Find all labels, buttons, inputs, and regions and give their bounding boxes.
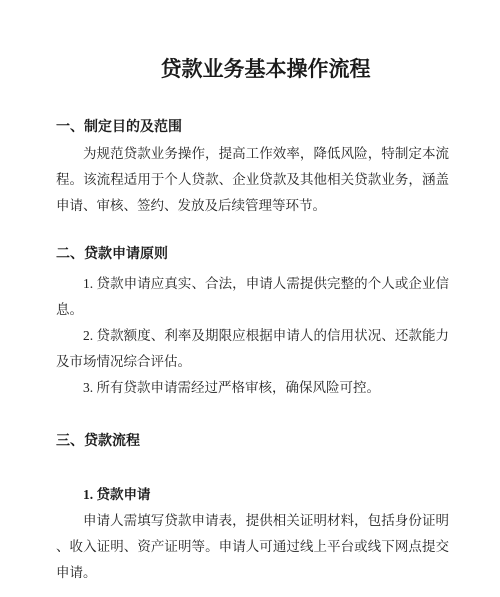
section-heading-loan-process: 三、贷款流程 xyxy=(56,429,449,455)
subsection-heading-loan-application: 1. 贷款申请 xyxy=(56,482,449,508)
section-heading-purpose-scope: 一、制定目的及范围 xyxy=(56,115,449,141)
principle-item-1: 1. 贷款申请应真实、合法，申请人需提供完整的个人或企业信息。 xyxy=(56,271,449,323)
section-heading-application-principles: 二、贷款申请原则 xyxy=(56,242,449,268)
principle-item-3: 3. 所有贷款申请需经过严格审核，确保风险可控。 xyxy=(56,375,449,401)
principle-item-2: 2. 贷款额度、利率及期限应根据申请人的信用状况、还款能力及市场情况综合评估。 xyxy=(56,323,449,375)
paragraph-purpose-scope: 为规范贷款业务操作，提高工作效率，降低风险，特制定本流程。该流程适用于个人贷款、… xyxy=(56,141,449,219)
paragraph-loan-application: 申请人需填写贷款申请表，提供相关证明材料，包括身份证明、收入证明、资产证明等。申… xyxy=(56,508,449,586)
document-title: 贷款业务基本操作流程 xyxy=(56,55,449,85)
document-page: 贷款业务基本操作流程 一、制定目的及范围 为规范贷款业务操作，提高工作效率，降低… xyxy=(0,0,500,597)
